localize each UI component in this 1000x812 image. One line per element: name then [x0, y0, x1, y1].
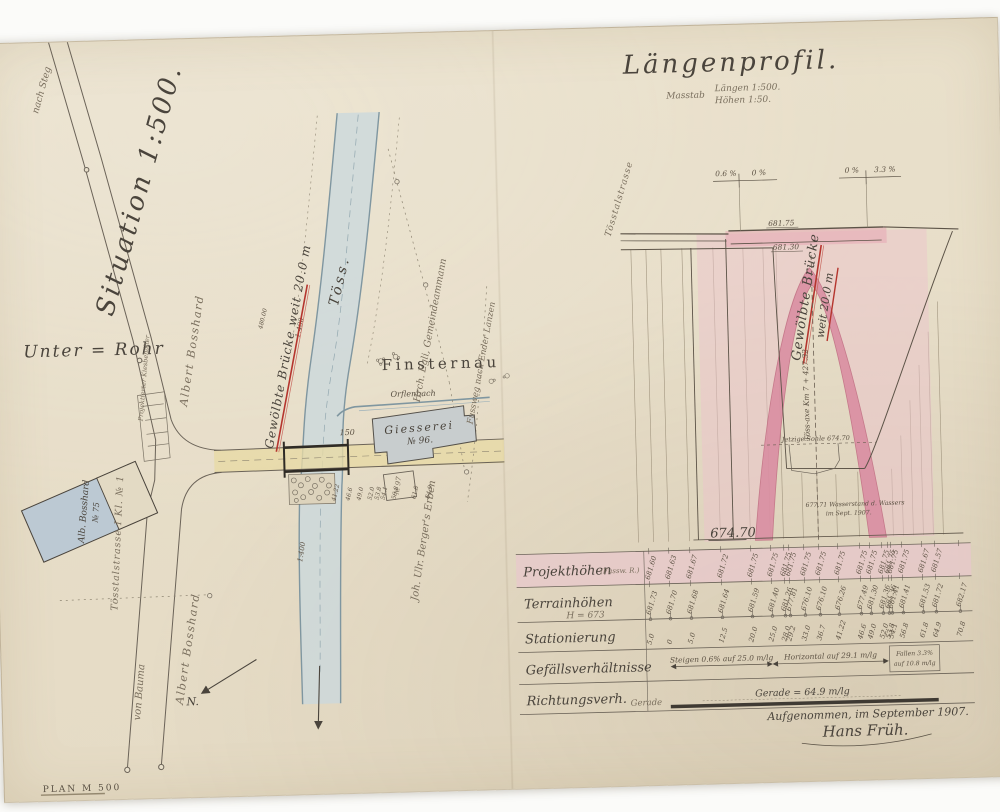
table-station-value: 5.0 [686, 631, 697, 644]
gefaelle-seg3a: Fallen 3.3% [895, 650, 933, 658]
table-terrain-value: 681.59 [747, 587, 762, 613]
plan-station-numbers: 41.2246.649.052.053.854.156.861.864.9 [330, 481, 435, 503]
scale-heights: Höhen 1:50. [714, 95, 771, 106]
scale-word: Masstab [665, 91, 705, 102]
gefaelle-seg2: Horizontal auf 29.1 m/lg [783, 650, 877, 661]
dim-480: 480.00 [257, 308, 269, 331]
table-station-value: 0 [665, 638, 674, 645]
grad-right-b: 3.3 % [874, 165, 896, 175]
table-terrain-value: 682.17 [955, 581, 970, 607]
grad-right-a: 0 % [845, 166, 860, 175]
table-station-value: 56.8 [898, 621, 910, 639]
table-terrain-value: 681.70 [665, 589, 680, 615]
table-terrain-value: 676.10 [800, 585, 815, 611]
plan-station-number: 56.8 [390, 485, 400, 500]
table-station-value: 41.22 [834, 619, 848, 642]
building-bosshard-75: Alb. Bosshard № 75 [20, 457, 160, 568]
row-label-projekt: Projekthöhen [522, 563, 612, 580]
table-station-value: 20.0 [747, 625, 760, 644]
profile-table: Projekthöhen (Fussw. R.) Terrainhöhen H … [516, 540, 975, 715]
table-station-value: 70.8 [955, 620, 967, 638]
dim-150: 150 [339, 428, 355, 437]
scan-background: Giesserei № 96. № 97 Alb. Bosshard № 75 … [0, 0, 1000, 812]
situation-plan: Giesserei № 96. № 97 Alb. Bosshard № 75 … [7, 23, 520, 796]
table-terrain-value: 676.10 [815, 585, 830, 611]
road-from-bauma-label: von Bauma [132, 664, 147, 721]
row-label-terrain-sub: H = 673 [565, 610, 605, 621]
row-label-richtung: Richtungsverh. [525, 692, 627, 710]
row-label-station: Stationierung [525, 630, 616, 647]
street-label-profile: Tösstalstrasse [604, 160, 636, 238]
gradient-marks: 0.6 % 0 % 0 % 3.3 % [713, 164, 903, 231]
plan-station-number: 49.0 [355, 486, 365, 502]
table-station-value: 36.7 [815, 624, 827, 642]
plan-station-number: 61.8 [410, 485, 420, 500]
laengenprofil: Längenprofil. Masstab Längen 1:500. Höhe… [503, 42, 976, 755]
scale-lengths: Längen 1:500. [714, 83, 781, 95]
profile-title: Längenprofil. [621, 45, 839, 81]
table-station-value: 61.8 [918, 621, 930, 639]
road-to-steg-label: nach Steg [30, 65, 54, 114]
table-station-value: 64.9 [931, 620, 943, 638]
cobble-apron [289, 473, 336, 504]
richtung-prefix: Gerade [631, 698, 663, 709]
plan-stamp: PLAN M 500 [43, 783, 122, 795]
toess-axis-label: Töss-axe Km 7 + 427.32 [801, 349, 812, 441]
row-label-projekt-sub: (Fussw. R.) [600, 566, 640, 575]
table-station-value: 12.5 [717, 626, 729, 644]
owner-bosshard-south: Albert Bosshard [173, 592, 203, 706]
owner-egli: Hrch. Egli, Gemeindeammann [412, 258, 450, 404]
owner-bosshard-north: Albert Bosshard [177, 294, 207, 408]
north-label: N. [185, 695, 199, 708]
drawing-sheet: Giesserei № 96. № 97 Alb. Bosshard № 75 … [0, 17, 1000, 803]
drawing-svg: Giesserei № 96. № 97 Alb. Bosshard № 75 … [0, 18, 1000, 802]
gefaelle-seg3b: auf 10.8 m/lg [894, 660, 936, 668]
giesserei-number: № 96. [406, 435, 434, 447]
table-terrain-value: 681.68 [686, 588, 701, 614]
table-terrain-value: 681.73 [645, 589, 660, 615]
plan-station-number: 46.6 [344, 487, 354, 503]
table-terrain-value: 681.72 [931, 582, 946, 608]
gefaelle-seg1: Steigen 0.6% auf 25.0 m/lg [670, 653, 774, 665]
table-station-value: 5.0 [645, 632, 656, 645]
table-station-value: 33.0 [800, 624, 812, 642]
water-note-2: im Sept. 1907. [826, 509, 872, 517]
row-label-gefaelle: Gefällsverhältnisse [526, 660, 653, 678]
elev-sohle: 674.70 [710, 525, 756, 541]
table-station-value: 25.0 [767, 625, 780, 644]
table-terrain-value: 676.26 [834, 584, 849, 610]
water-section [789, 443, 840, 474]
terrain-values: 681.73681.70681.68681.64681.59681.40681.… [644, 581, 970, 616]
north-arrow: N. [184, 659, 257, 708]
elev-deck: 681.75 [768, 218, 795, 228]
table-station-value: 49.0 [866, 622, 879, 641]
grad-left-b: 0 % [752, 168, 767, 177]
sohle-note: Jetzige Sohle 674.70 [780, 434, 850, 444]
plan-title: Situation 1:500. [90, 61, 188, 319]
table-terrain-value: 681.64 [717, 588, 732, 614]
gefaelle-row: Steigen 0.6% auf 25.0 m/lg Horizontal au… [670, 645, 940, 678]
toess-axis-line [811, 255, 819, 543]
signature: Hans Früh. [821, 720, 908, 740]
grad-left-a: 0.6 % [715, 169, 737, 179]
elev-deck2: 681.30 [773, 242, 800, 252]
bosshard-75-number: № 75 [91, 502, 102, 524]
